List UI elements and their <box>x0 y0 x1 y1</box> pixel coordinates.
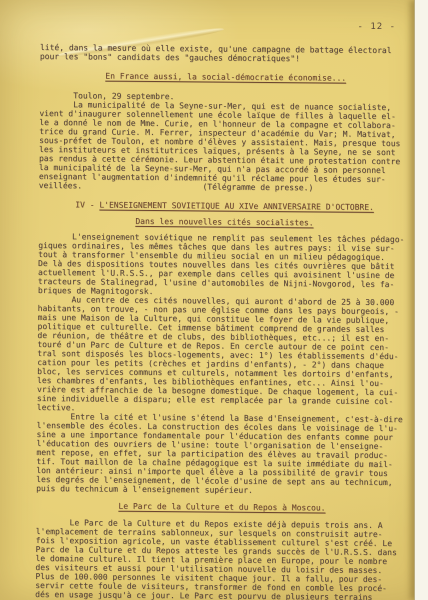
subheading-parc-text: Le Parc de la Culture et du Repos à Mosc… <box>118 502 325 513</box>
section-heading-iv-title: L'ENSEIGNEMENT SOVIETIQUE AU XIVe ANNIVE… <box>99 201 374 212</box>
section-heading-iv: IV - L'ENSEIGNEMENT SOVIETIQUE AU XIVe A… <box>39 200 411 212</box>
paragraph-toulon-news: Toulon, 29 septembre. La municipalité de… <box>39 91 412 193</box>
paragraph-intro-continuation: lité, dans la mesure où elle existe, qu'… <box>40 43 412 64</box>
subheading-cites-socialistes: Dans les nouvelles cités socialistes. <box>38 216 410 228</box>
paragraph-parc-culture-repos: Le Parc de la Culture et du Repos existe… <box>35 518 408 600</box>
paragraph-maison-de-la-culture: Au centre de ces cités nouvelles, qui au… <box>37 295 410 415</box>
subheading-parc-moscou: Le Parc de la Culture et du Repos à Mosc… <box>36 501 408 513</box>
subheading-cites-text: Dans les nouvelles cités socialistes. <box>135 217 313 228</box>
scan-edge-strip <box>414 0 428 600</box>
heading-france-economise: En France aussi, la social-démocratie éc… <box>40 71 412 83</box>
scanned-document-page: - 12 - lité, dans la mesure où elle exis… <box>0 0 428 600</box>
heading-france-text: En France aussi, la social-démocratie éc… <box>105 72 346 83</box>
paragraph-enseignement-sovietique: L'enseignement soviétique ne remplit pas… <box>38 232 411 298</box>
page-number: - 12 - <box>357 22 396 32</box>
document-text-column: lité, dans la mesure où elle existe, qu'… <box>35 43 412 600</box>
section-heading-iv-prefix: IV - <box>75 200 99 209</box>
paragraph-base-enseignement: Entre la cité et l'usine s'étend la Base… <box>36 412 409 496</box>
